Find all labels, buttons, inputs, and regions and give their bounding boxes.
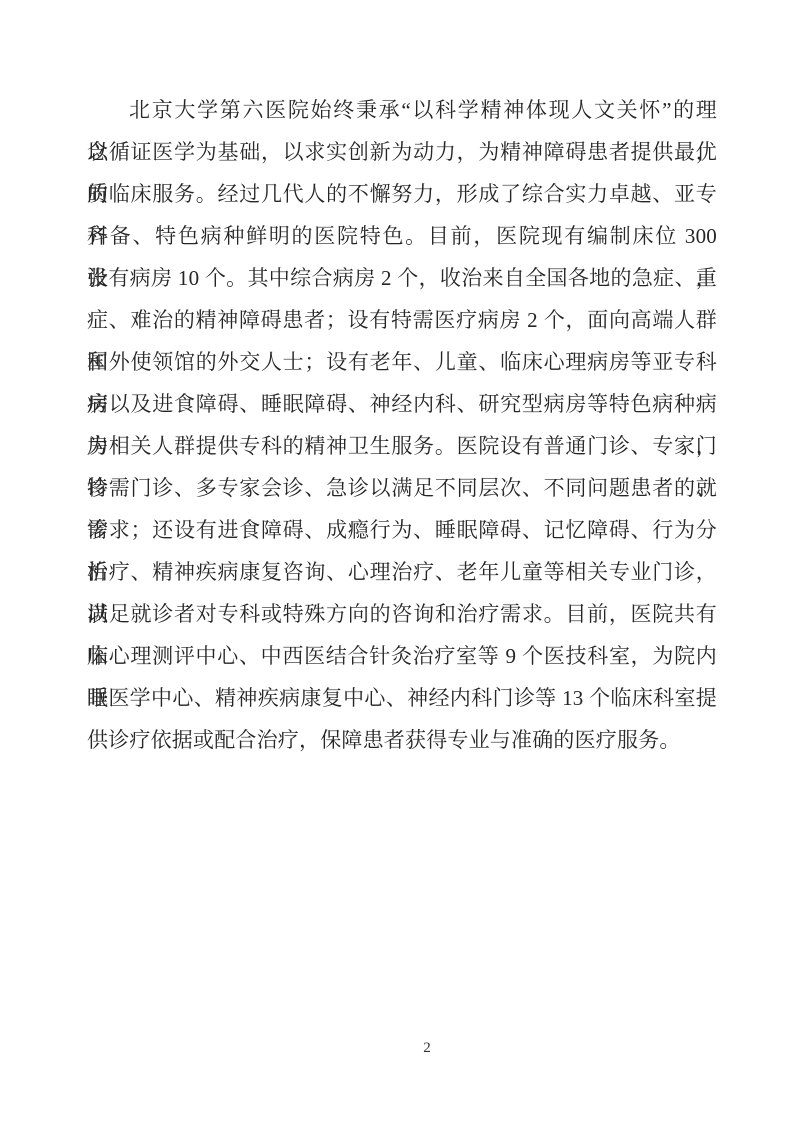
text-line: 为相关人群提供专科的精神卫生服务。医院设有普通门诊、专家门诊、 — [87, 425, 717, 467]
text-line: 特需门诊、多专家会诊、急诊以满足不同层次、不同问题患者的就诊 — [87, 467, 717, 509]
paragraph-block: 北京大学第六医院始终秉承“以科学精神体现人文关怀”的理念， 以循证医学为基础，以… — [87, 89, 717, 761]
text-line: 国外使领馆的外交人士；设有老年、儿童、临床心理病房等亚专科病 — [87, 341, 717, 383]
text-line: 北京大学第六医院始终秉承“以科学精神体现人文关怀”的理念， — [87, 89, 717, 131]
text-line: 症、难治的精神障碍患者；设有特需医疗病房 2 个，面向高端人群和 — [87, 299, 717, 341]
text-line: 设有病房 10 个。其中综合病房 2 个，收治来自全国各地的急症、重 — [87, 257, 717, 299]
text-line: 眠医学中心、精神疾病康复中心、神经内科门诊等 13 个临床科室提 — [87, 677, 717, 719]
text-line: 床心理测评中心、中西医结合针灸治疗室等 9 个医技科室，为院内睡 — [87, 635, 717, 677]
text-line: 的临床服务。经过几代人的不懈努力，形成了综合实力卓越、亚专科 — [87, 173, 717, 215]
text-line: 房以及进食障碍、睡眠障碍、神经内科、研究型病房等特色病种病房， — [87, 383, 717, 425]
text-line: 需求；还设有进食障碍、成瘾行为、睡眠障碍、记忆障碍、行为分析 — [87, 509, 717, 551]
text-line: 以循证医学为基础，以求实创新为动力，为精神障碍患者提供最优质 — [87, 131, 717, 173]
page-number: 2 — [0, 1040, 800, 1057]
text-line: 治疗、精神疾病康复咨询、心理治疗、老年儿童等相关专业门诊，以 — [87, 551, 717, 593]
document-page: 北京大学第六医院始终秉承“以科学精神体现人文关怀”的理念， 以循证医学为基础，以… — [0, 0, 800, 1131]
text-line: 齐备、特色病种鲜明的医院特色。目前，医院现有编制床位 300 张， — [87, 215, 717, 257]
text-line: 满足就诊者对专科或特殊方向的咨询和治疗需求。目前，医院共有临 — [87, 593, 717, 635]
text-line: 供诊疗依据或配合治疗，保障患者获得专业与准确的医疗服务。 — [87, 719, 717, 761]
